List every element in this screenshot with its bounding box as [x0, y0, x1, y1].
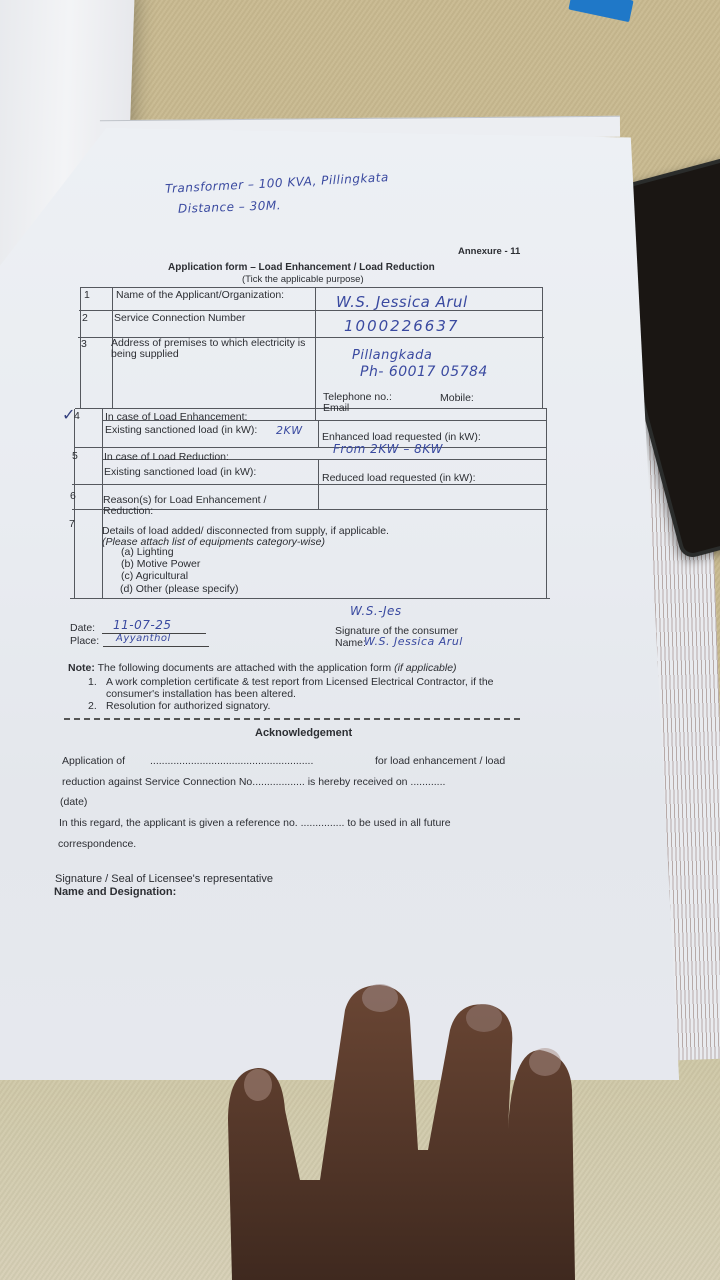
row-5-requested-label: Reduced load requested (in kW): [322, 472, 476, 484]
form-title: Application form – Load Enhancement / Lo… [168, 262, 435, 273]
mobile-label: Mobile: [440, 392, 474, 404]
enhanced-load-value[interactable]: From 2KW – 8KW [333, 442, 443, 456]
category-motive-power: (b) Motive Power [121, 558, 200, 570]
name-label: Name: [335, 637, 366, 649]
applicant-name-value[interactable]: W.S. Jessica Arul [336, 293, 468, 311]
existing-load-value[interactable]: 2KW [276, 424, 303, 437]
date-label: Date: [70, 622, 95, 634]
licensee-name-label: Name and Designation: [54, 886, 176, 898]
row-3-label: Address of premises to which electricity… [111, 338, 311, 360]
consumer-signature[interactable]: W.S.-Jes [350, 604, 402, 618]
ack-line5: correspondence. [58, 838, 136, 850]
handwritten-note-line2: Distance – 30M. [178, 198, 281, 216]
category-lighting: (a) Lighting [121, 546, 174, 558]
licensee-signature-label: Signature / Seal of Licensee's represent… [55, 873, 273, 885]
row-2-number: 2 [82, 312, 88, 324]
row-5-number: 5 [72, 450, 78, 462]
date-value[interactable]: 11-07-25 [113, 618, 171, 632]
phone-value[interactable]: Ph- 60017 05784 [360, 364, 488, 380]
acknowledgement-title: Acknowledgement [255, 727, 352, 739]
ack-line1-a: Application of [62, 755, 125, 767]
note-item-2: Resolution for authorized signatory. [106, 700, 270, 712]
consumer-name-value[interactable]: W.S. Jessica Arul [364, 635, 463, 648]
row-5-label: In case of Load Reduction: [104, 451, 229, 463]
row-2-label: Service Connection Number [114, 312, 245, 324]
note-item-1-line2: consumer's installation has been altered… [106, 688, 296, 700]
row-3-number: 3 [81, 338, 87, 350]
service-connection-value[interactable]: 1000226637 [344, 317, 459, 335]
row-4-existing-label: Existing sanctioned load (in kW): [105, 424, 257, 436]
note-label: Note: [68, 662, 95, 674]
ack-line1-b: for load enhancement / load [375, 755, 505, 767]
ack-line1-dots: ........................................… [150, 755, 313, 767]
note-block: Note: The following documents are attach… [68, 662, 457, 674]
address-value[interactable]: Pillangkada [352, 348, 432, 363]
note-text: The following documents are attached wit… [98, 662, 392, 674]
category-agricultural: (c) Agricultural [121, 570, 188, 582]
note-item-2-number: 2. [88, 700, 97, 712]
note-item-1: A work completion certificate & test rep… [106, 676, 494, 688]
row-1-label: Name of the Applicant/Organization: [116, 289, 284, 301]
row-6-number: 6 [70, 490, 76, 502]
row-1-number: 1 [84, 289, 90, 301]
handwritten-note-line1: Transformer – 100 KVA, Pillingkata [165, 170, 389, 196]
row-7-number: 7 [69, 518, 75, 530]
row-4-label: In case of Load Enhancement: [105, 411, 247, 423]
annexure-label: Annexure - 11 [458, 246, 520, 257]
row-5-existing-label: Existing sanctioned load (in kW): [104, 466, 256, 478]
row-6-label-line2: Reduction: [103, 505, 153, 517]
form-content: Transformer – 100 KVA, Pillingkata Dista… [0, 0, 720, 1280]
place-value[interactable]: Ayyanthol [116, 633, 171, 644]
tick-mark-icon: ✓ [62, 405, 76, 424]
form-subtitle: (Tick the applicable purpose) [242, 274, 364, 285]
dashed-divider [64, 718, 520, 720]
email-label: Email [323, 402, 349, 414]
ack-line2: reduction against Service Connection No.… [62, 776, 445, 788]
ack-line4: In this regard, the applicant is given a… [59, 817, 451, 829]
ack-line3: (date) [60, 796, 87, 808]
place-label: Place: [70, 635, 99, 647]
category-other: (d) Other (please specify) [120, 583, 238, 595]
note-item-1-number: 1. [88, 676, 97, 688]
note-text-italic: (if applicable) [394, 662, 456, 674]
